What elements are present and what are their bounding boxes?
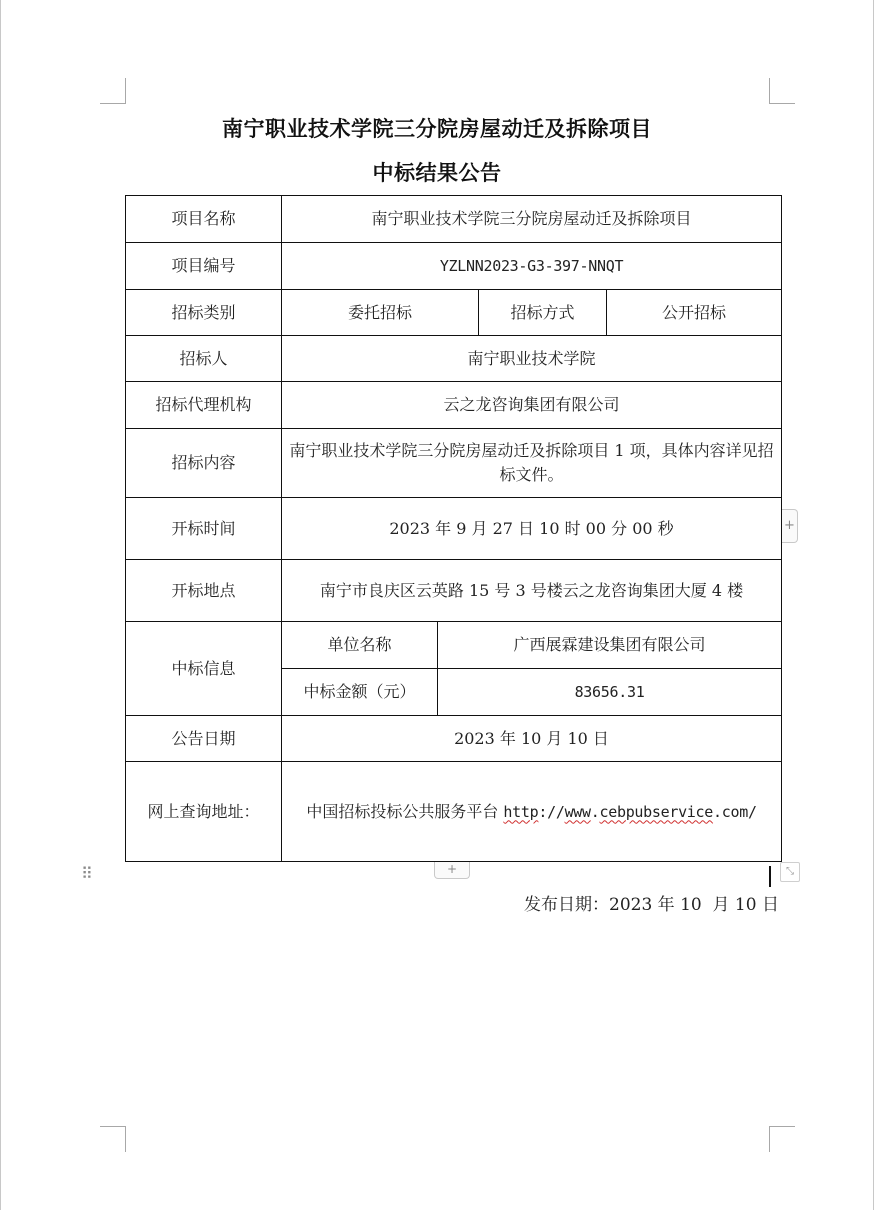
- agency-value[interactable]: 云之龙咨询集团有限公司: [282, 382, 782, 429]
- online-query-label: 网上查询地址：: [126, 762, 282, 862]
- table-row-online-query: 网上查询地址： 中国招标投标公共服务平台 http://www.cebpubse…: [126, 762, 782, 862]
- url-dot[interactable]: .: [591, 803, 600, 821]
- agency-label: 招标代理机构: [126, 382, 282, 429]
- margin-corner-top-left: [100, 78, 126, 104]
- announcement-date-label: 公告日期: [126, 716, 282, 762]
- table-row-opening-place: 开标地点 南宁市良庆区云英路 15 号 3 号楼云之龙咨询集团大厦 4 楼: [126, 560, 782, 622]
- opening-place-label: 开标地点: [126, 560, 282, 622]
- tender-category-label: 招标类别: [126, 290, 282, 336]
- table-row-winning-company: 中标信息 单位名称 广西展霖建设集团有限公司: [126, 622, 782, 669]
- publish-date: 发布日期：2023 年 10 月 10 日: [524, 890, 779, 915]
- announcement-date-value[interactable]: 2023 年 10 月 10 日: [282, 716, 782, 762]
- url-separator[interactable]: ://: [538, 803, 564, 821]
- table-row-project-number: 项目编号 YZLNN2023-G3-397-NNQT: [126, 243, 782, 290]
- tender-category-value[interactable]: 委托招标: [282, 290, 479, 336]
- online-query-value[interactable]: 中国招标投标公共服务平台 http://www.cebpubservice.co…: [282, 762, 782, 862]
- url-www[interactable]: www: [565, 803, 591, 821]
- winning-info-label: 中标信息: [126, 622, 282, 716]
- project-number-label: 项目编号: [126, 243, 282, 290]
- document-subtitle: 中标结果公告: [0, 157, 874, 187]
- table-row-opening-time: 开标时间 2023 年 9 月 27 日 10 时 00 分 00 秒: [126, 498, 782, 560]
- table-row-announcement-date: 公告日期 2023 年 10 月 10 日: [126, 716, 782, 762]
- opening-place-value[interactable]: 南宁市良庆区云英路 15 号 3 号楼云之龙咨询集团大厦 4 楼: [282, 560, 782, 622]
- add-row-button[interactable]: +: [434, 862, 470, 879]
- table-row-tender-category: 招标类别 委托招标 招标方式 公开招标: [126, 290, 782, 336]
- table-resize-handle[interactable]: ⤡: [780, 862, 800, 882]
- winning-company-label: 单位名称: [282, 622, 438, 669]
- drag-grip-icon: ⠿: [81, 864, 94, 883]
- document-title: 南宁职业技术学院三分院房屋动迁及拆除项目: [0, 113, 874, 143]
- opening-time-value[interactable]: 2023 年 9 月 27 日 10 时 00 分 00 秒: [282, 498, 782, 560]
- margin-corner-bottom-left: [100, 1126, 126, 1152]
- platform-name: 中国招标投标公共服务平台: [306, 802, 503, 821]
- project-name-value[interactable]: 南宁职业技术学院三分院房屋动迁及拆除项目: [282, 196, 782, 243]
- url-tld[interactable]: .com/: [713, 803, 757, 821]
- content-label: 招标内容: [126, 429, 282, 498]
- announcement-table: 项目名称 南宁职业技术学院三分院房屋动迁及拆除项目 项目编号 YZLNN2023…: [125, 195, 782, 862]
- resize-diagonal-icon: ⤡: [786, 866, 794, 877]
- content-value[interactable]: 南宁职业技术学院三分院房屋动迁及拆除项目 1 项，具体内容详见招标文件。: [282, 429, 782, 498]
- table-row-content: 招标内容 南宁职业技术学院三分院房屋动迁及拆除项目 1 项，具体内容详见招标文件…: [126, 429, 782, 498]
- add-column-button[interactable]: +: [782, 509, 798, 543]
- table-row-project-name: 项目名称 南宁职业技术学院三分院房屋动迁及拆除项目: [126, 196, 782, 243]
- plus-icon: +: [447, 862, 457, 876]
- table-row-tenderer: 招标人 南宁职业技术学院: [126, 336, 782, 382]
- project-name-label: 项目名称: [126, 196, 282, 243]
- margin-corner-bottom-right: [769, 1126, 795, 1152]
- winning-company-value[interactable]: 广西展霖建设集团有限公司: [438, 622, 782, 669]
- opening-time-label: 开标时间: [126, 498, 282, 560]
- table-move-handle[interactable]: ⠿: [81, 866, 94, 882]
- text-cursor: [769, 866, 771, 887]
- project-number-value[interactable]: YZLNN2023-G3-397-NNQT: [282, 243, 782, 290]
- plus-icon: +: [784, 518, 795, 533]
- winning-amount-label: 中标金额（元）: [282, 669, 438, 716]
- margin-corner-top-right: [769, 78, 795, 104]
- tender-method-value[interactable]: 公开招标: [607, 290, 782, 336]
- tenderer-label: 招标人: [126, 336, 282, 382]
- table-row-agency: 招标代理机构 云之龙咨询集团有限公司: [126, 382, 782, 429]
- url-domain[interactable]: cebpubservice: [600, 803, 714, 821]
- tenderer-value[interactable]: 南宁职业技术学院: [282, 336, 782, 382]
- url-scheme[interactable]: http: [503, 803, 538, 821]
- tender-method-label: 招标方式: [479, 290, 607, 336]
- winning-amount-value[interactable]: 83656.31: [438, 669, 782, 716]
